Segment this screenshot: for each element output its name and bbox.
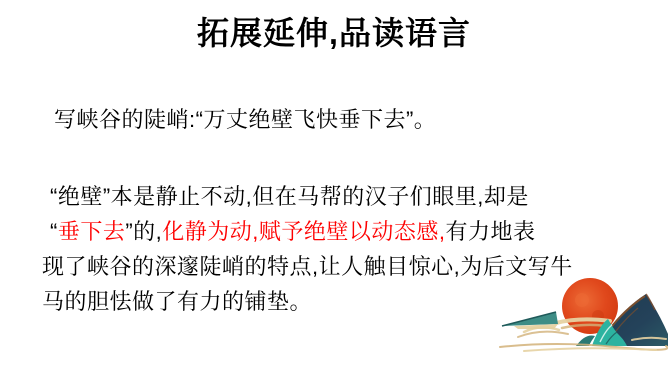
presentation-slide: 拓展延伸,品读语言 写峡谷的陡峭:“万丈绝壁飞快垂下去”。 “绝壁”本是静止不动… (0, 0, 668, 376)
slide-title: 拓展延伸,品读语言 (0, 8, 668, 54)
emphasis-red-text: 化静为动,赋予绝壁以动态感, (162, 219, 445, 244)
text-line-2: “绝壁”本是静止不动,但在马帮的汉子们眼里,却是 (50, 179, 668, 214)
text-line-1: 写峡谷的陡峭:“万丈绝壁飞快垂下去”。 (54, 102, 668, 137)
emphasis-red-text: 垂下去 (58, 219, 126, 244)
left-ridge-shape (502, 312, 558, 329)
body-text-segment: ”的, (125, 219, 162, 244)
body-text-segment: 有力地表 (446, 219, 536, 244)
text-line-3: “垂下去”的,化静为动,赋予绝壁以动态感,有力地表 (50, 214, 668, 249)
landscape-illustration (496, 276, 668, 354)
paragraph-1: 写峡谷的陡峭:“万丈绝壁飞快垂下去”。 (0, 102, 668, 137)
body-text-segment: “ (50, 219, 58, 244)
